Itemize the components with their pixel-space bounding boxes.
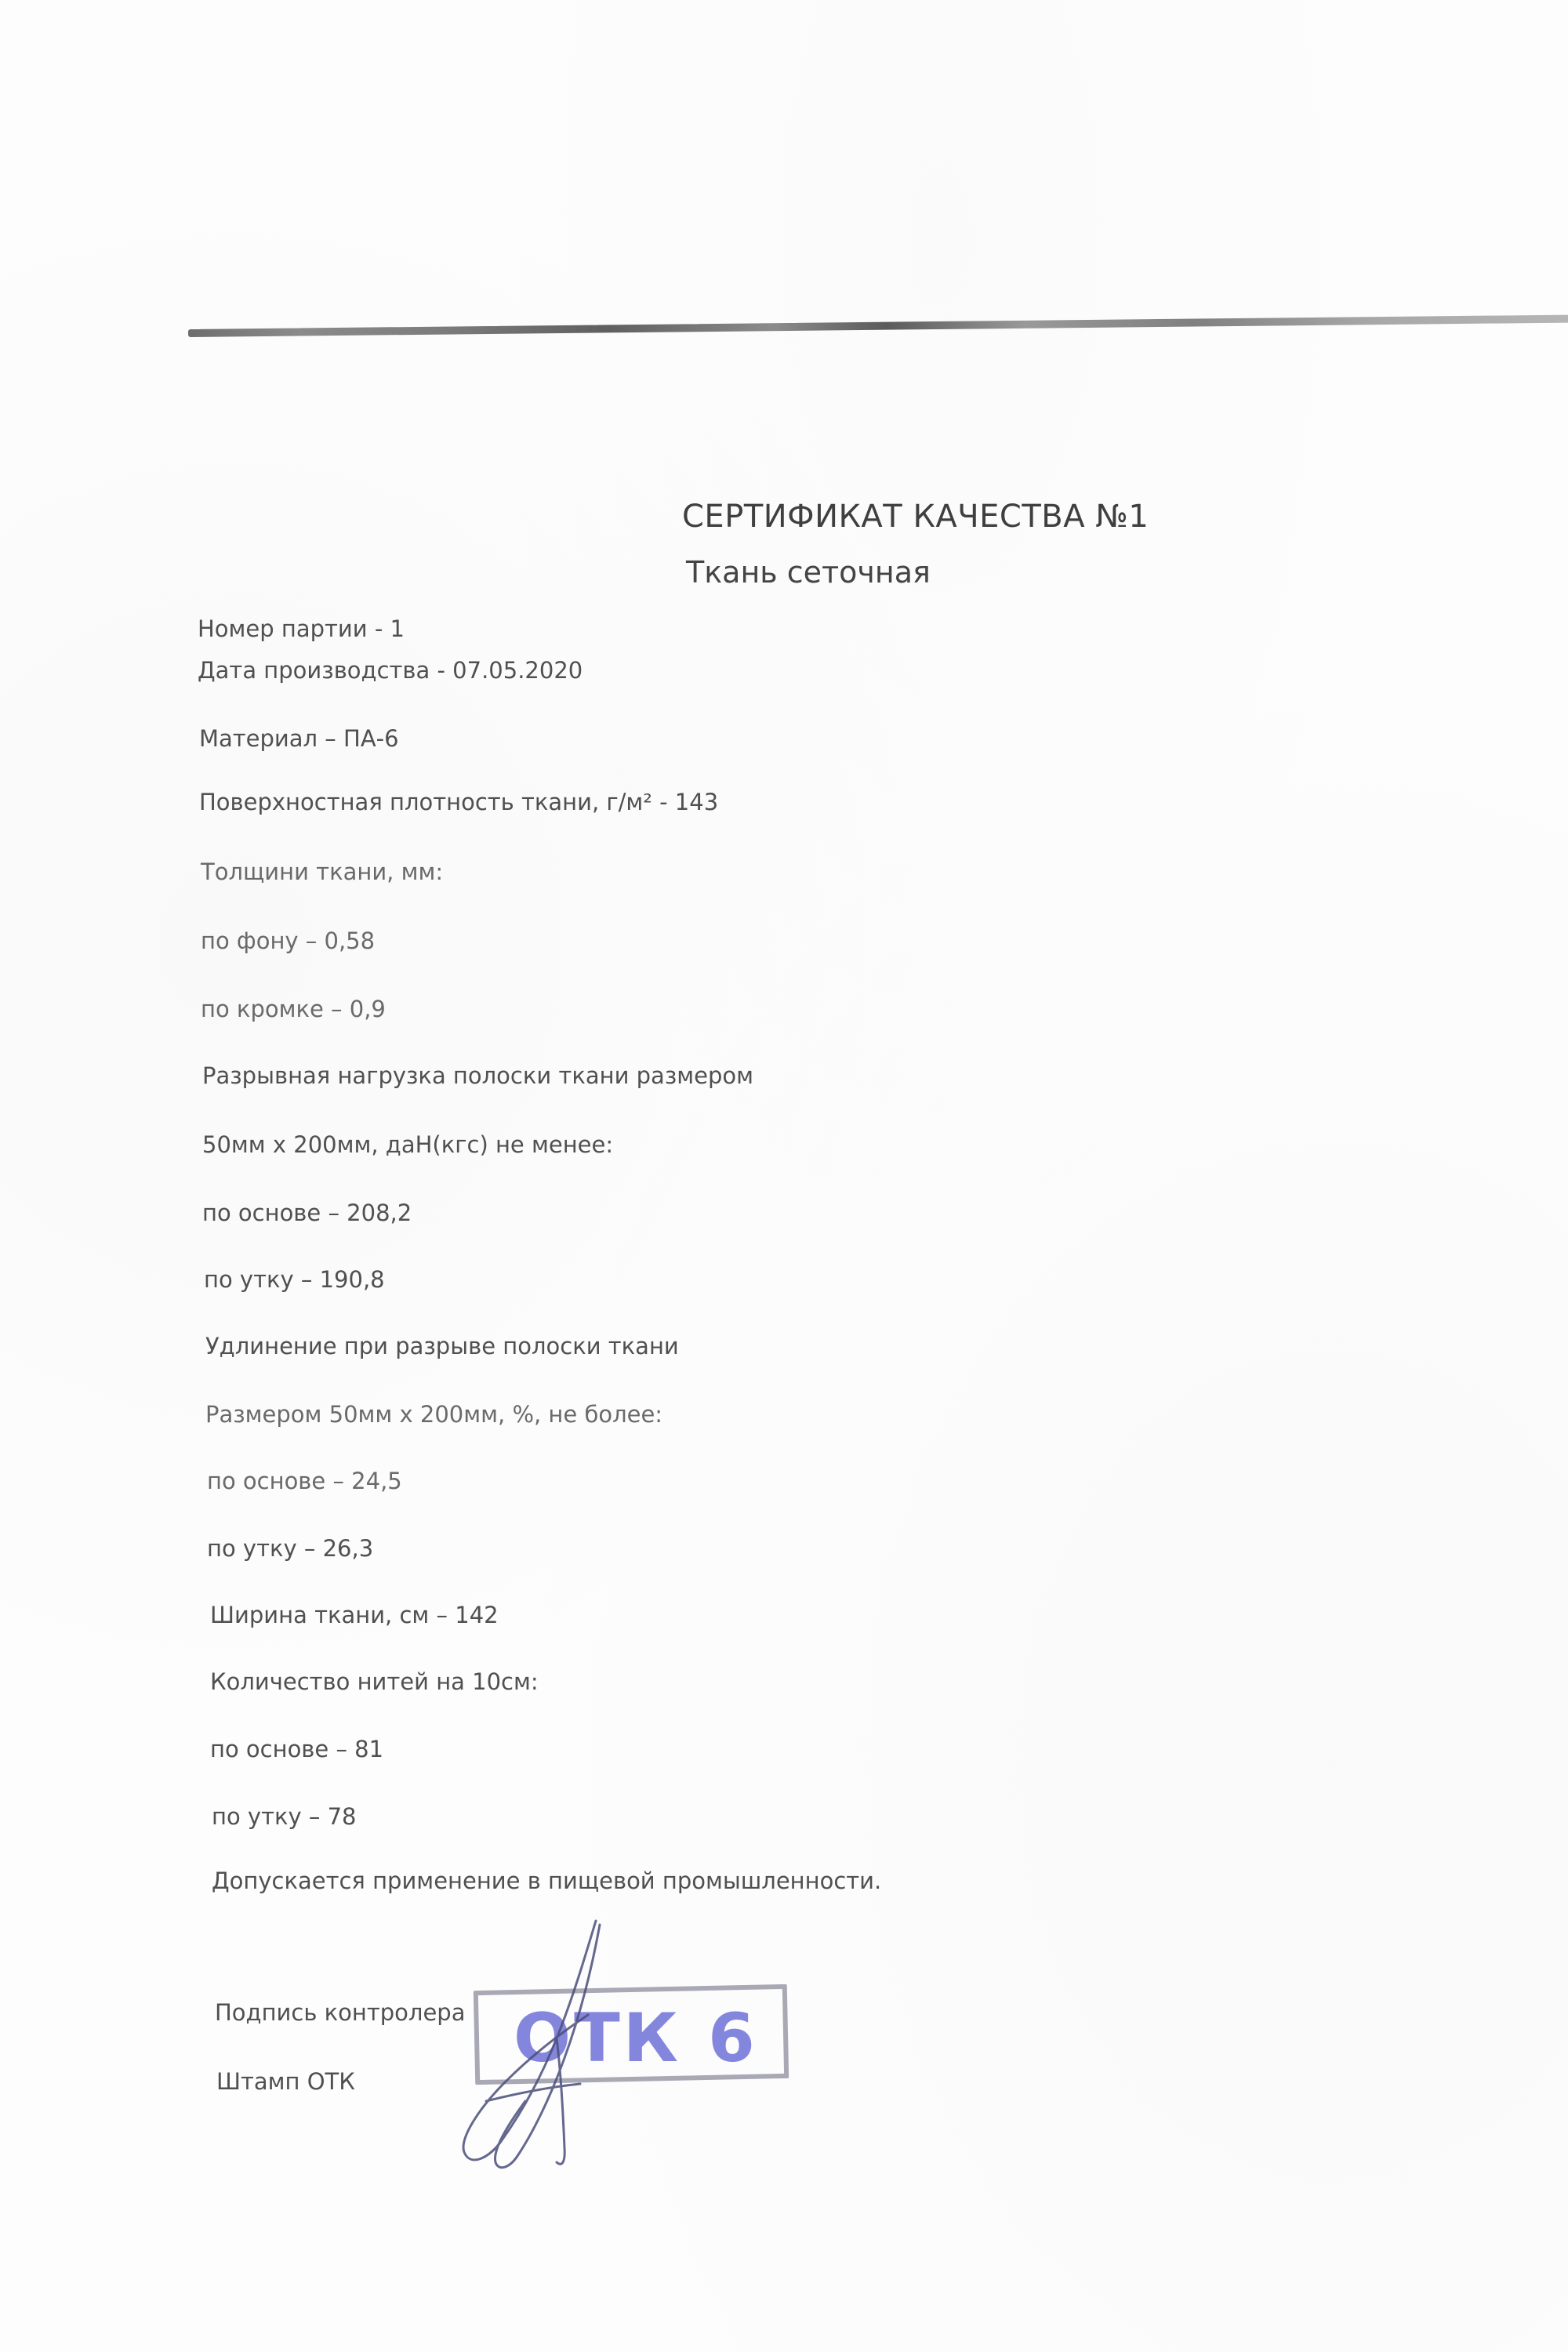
thread-count-weft: по утку – 78 bbox=[212, 1803, 357, 1830]
otk-stamp-label: Штамп ОТК bbox=[216, 2068, 355, 2095]
certificate-title: СЕРТИФИКАТ КАЧЕСТВА №1 bbox=[682, 499, 1149, 535]
food-industry-note: Допускается применение в пищевой промышл… bbox=[212, 1867, 881, 1894]
breaking-load-size: 50мм х 200мм, даН(кгс) не менее: bbox=[202, 1131, 613, 1158]
elongation-heading: Удлинение при разрыве полоски ткани bbox=[205, 1333, 679, 1359]
certificate-subtitle: Ткань сеточная bbox=[686, 555, 931, 590]
scanned-page: СЕРТИФИКАТ КАЧЕСТВА №1 Ткань сеточная Но… bbox=[0, 0, 1568, 2352]
controller-signature-icon bbox=[439, 1913, 643, 2180]
breaking-load-heading: Разрывная нагрузка полоски ткани размеро… bbox=[202, 1062, 753, 1089]
elongation-warp: по основе – 24,5 bbox=[207, 1468, 402, 1494]
controller-signature-label: Подпись контролера bbox=[215, 1999, 465, 2026]
breaking-load-weft: по утку – 190,8 bbox=[204, 1266, 385, 1293]
fabric-width: Ширина ткани, см – 142 bbox=[210, 1602, 499, 1628]
header-rule-line bbox=[188, 314, 1568, 337]
production-date: Дата производства - 07.05.2020 bbox=[198, 657, 583, 684]
batch-number: Номер партии - 1 bbox=[198, 615, 405, 642]
thickness-background: по фону – 0,58 bbox=[201, 927, 375, 954]
thread-count-heading: Количество нитей на 10см: bbox=[210, 1668, 539, 1695]
material: Материал – ПА-6 bbox=[199, 725, 399, 752]
thread-count-warp: по основе – 81 bbox=[210, 1736, 383, 1762]
surface-density: Поверхностная плотность ткани, г/м² - 14… bbox=[199, 789, 718, 815]
thickness-edge: по кромке – 0,9 bbox=[201, 996, 386, 1022]
breaking-load-warp: по основе – 208,2 bbox=[202, 1200, 412, 1226]
elongation-size: Размером 50мм х 200мм, %, не более: bbox=[205, 1401, 662, 1428]
thickness-heading: Толщини ткани, мм: bbox=[201, 858, 443, 885]
elongation-weft: по утку – 26,3 bbox=[207, 1535, 373, 1562]
